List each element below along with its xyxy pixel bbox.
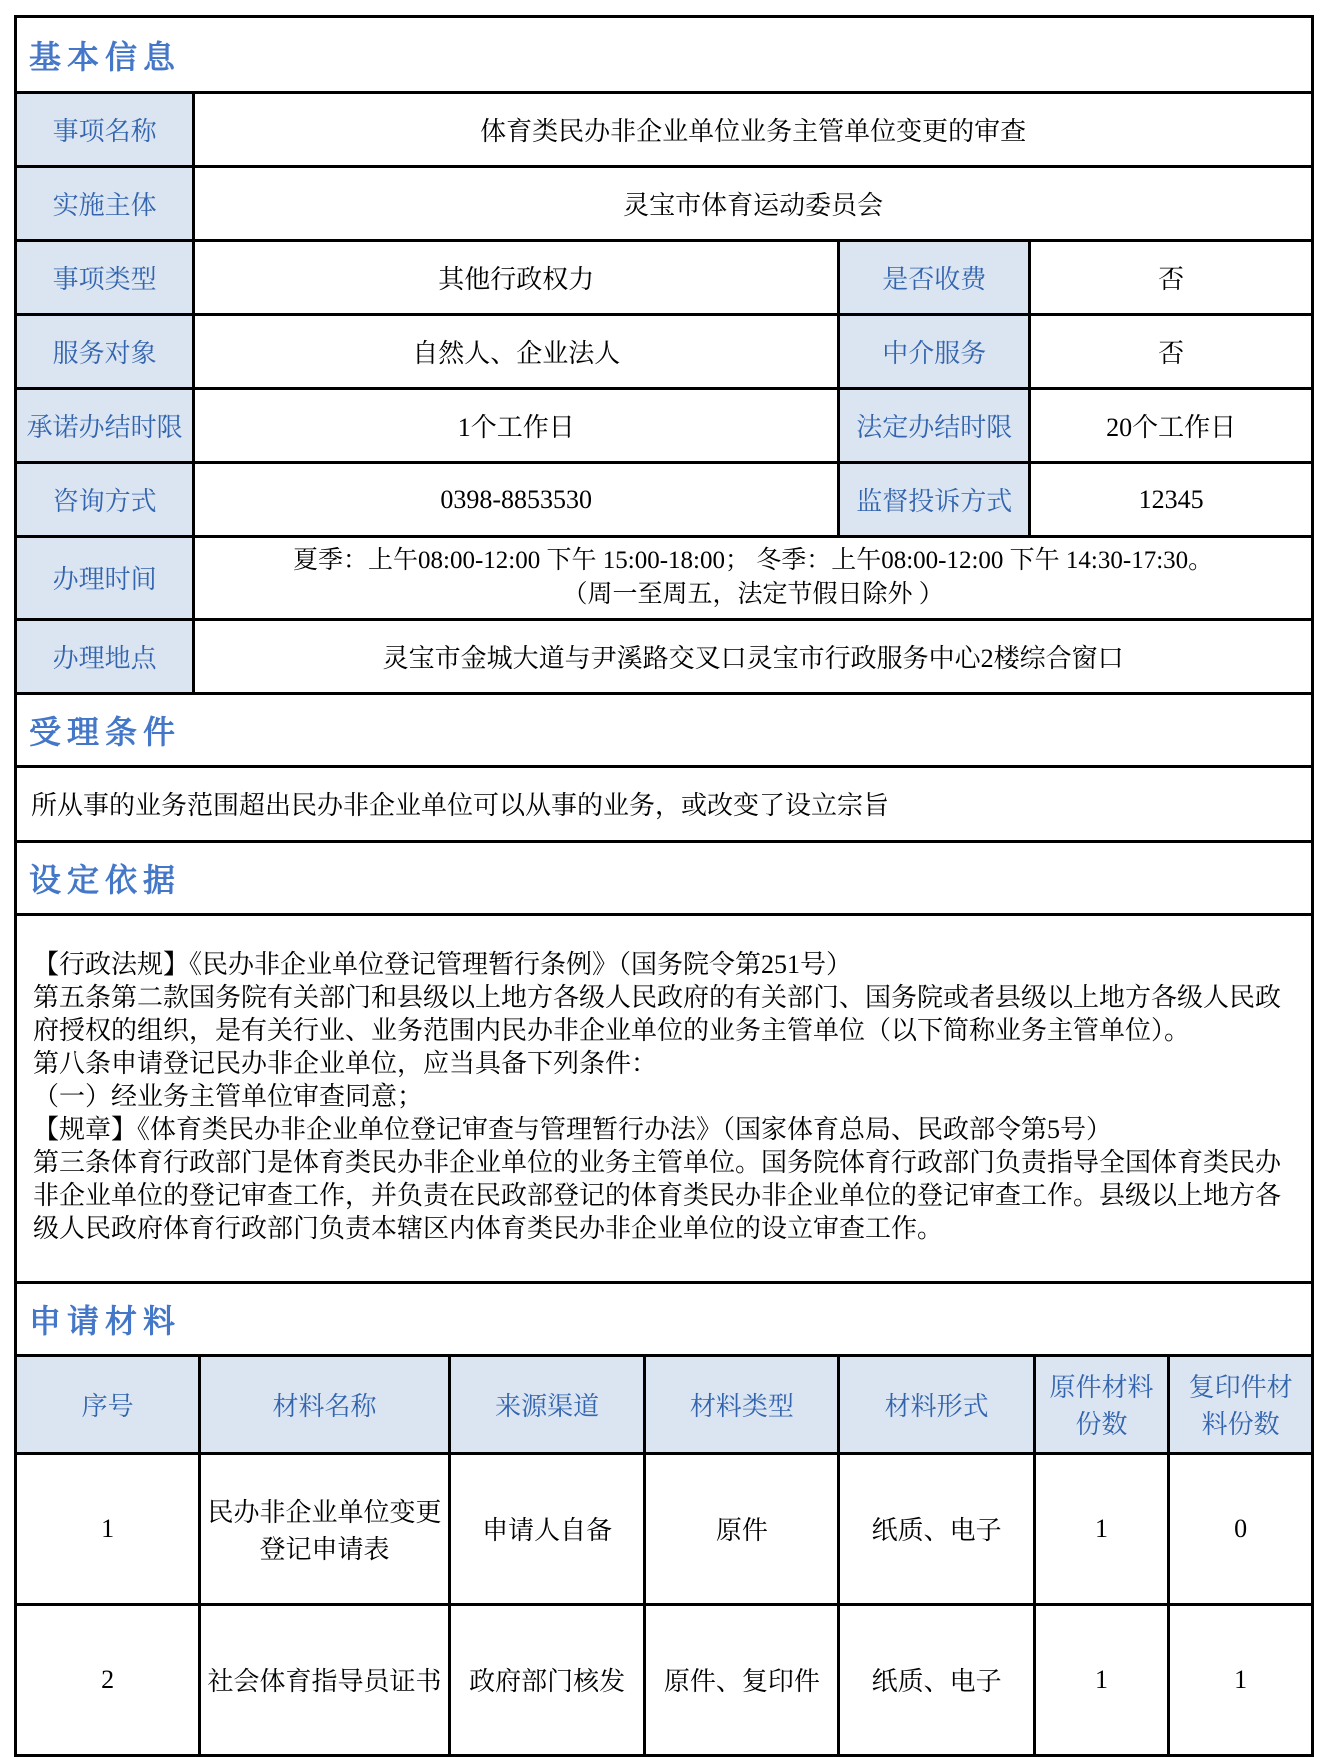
- legal-paragraph: 【规章】《体育类民办非企业单位登记审查与管理暂行办法》（国家体育总局、民政部令第…: [33, 1113, 1295, 1146]
- materials-header-seq: 序号: [17, 1357, 198, 1452]
- table-row-contact: 咨询方式 0398-8853530 监督投诉方式 12345: [17, 461, 1311, 535]
- consultation-method-value: 0398-8853530: [192, 464, 837, 535]
- section-title-materials: 申请材料: [29, 1296, 181, 1342]
- material-source: 政府部门核发: [448, 1606, 643, 1754]
- acceptance-condition-text: 所从事的业务范围超出民办非企业单位可以从事的业务，或改变了设立宗旨: [17, 765, 1311, 840]
- section-acceptance-band: 受理条件: [17, 692, 1311, 765]
- item-name-value: 体育类民办非企业单位业务主管单位变更的审查: [192, 94, 1311, 165]
- material-seq: 1: [17, 1455, 198, 1603]
- section-legal-basis-band: 设定依据: [17, 840, 1311, 913]
- materials-header-row: 序号 材料名称 来源渠道 材料类型 材料形式 原件材料份数 复印件材料份数: [17, 1354, 1311, 1452]
- material-seq: 2: [17, 1606, 198, 1754]
- office-hours-label: 办理时间: [17, 538, 192, 618]
- legal-paragraph: 【行政法规】《民办非企业单位登记管理暂行条例》（国务院令第251号）: [33, 948, 1295, 981]
- material-name: 社会体育指导员证书: [198, 1606, 448, 1754]
- service-item-document: 基本信息 事项名称 体育类民办非企业单位业务主管单位变更的审查 实施主体 灵宝市…: [0, 0, 1328, 1752]
- legal-paragraph: （一）经业务主管单位审查同意；: [33, 1080, 1295, 1113]
- fee-required-label: 是否收费: [837, 242, 1028, 313]
- material-type: 原件、复印件: [643, 1606, 837, 1754]
- promised-time-limit-value: 1个工作日: [192, 390, 837, 461]
- table-row-implementing-body: 实施主体 灵宝市体育运动委员会: [17, 165, 1311, 239]
- item-name-label: 事项名称: [17, 94, 192, 165]
- material-photocopy-copies: 1: [1167, 1606, 1311, 1754]
- table-row-office-location: 办理地点 灵宝市金城大道与尹溪路交叉口灵宝市行政服务中心2楼综合窗口: [17, 618, 1311, 692]
- complaint-method-label: 监督投诉方式: [837, 464, 1028, 535]
- materials-row-2: 2 社会体育指导员证书 政府部门核发 原件、复印件 纸质、电子 1 1: [17, 1603, 1311, 1754]
- material-form: 纸质、电子: [837, 1606, 1032, 1754]
- materials-header-name: 材料名称: [198, 1357, 448, 1452]
- materials-row-1: 1 民办非企业单位变更登记申请表 申请人自备 原件 纸质、电子 1 0: [17, 1452, 1311, 1603]
- materials-header-original-copies: 原件材料份数: [1033, 1357, 1168, 1452]
- materials-header-form: 材料形式: [837, 1357, 1032, 1452]
- intermediary-service-value: 否: [1028, 316, 1311, 387]
- promised-time-limit-label: 承诺办结时限: [17, 390, 192, 461]
- materials-header-photocopy-copies: 复印件材料份数: [1167, 1357, 1311, 1452]
- material-original-copies: 1: [1033, 1606, 1168, 1754]
- document-frame: 基本信息 事项名称 体育类民办非企业单位业务主管单位变更的审查 实施主体 灵宝市…: [14, 15, 1314, 1757]
- table-row-item-name: 事项名称 体育类民办非企业单位业务主管单位变更的审查: [17, 91, 1311, 165]
- service-target-label: 服务对象: [17, 316, 192, 387]
- material-name: 民办非企业单位变更登记申请表: [198, 1455, 448, 1603]
- item-type-value: 其他行政权力: [192, 242, 837, 313]
- materials-header-source: 来源渠道: [448, 1357, 643, 1452]
- service-target-value: 自然人、企业法人: [192, 316, 837, 387]
- intermediary-service-label: 中介服务: [837, 316, 1028, 387]
- material-source: 申请人自备: [448, 1455, 643, 1603]
- legal-paragraph: 第三条体育行政部门是体育类民办非企业单位的业务主管单位。国务院体育行政部门负责指…: [33, 1146, 1295, 1245]
- legal-time-limit-value: 20个工作日: [1028, 390, 1311, 461]
- material-original-copies: 1: [1033, 1455, 1168, 1603]
- office-location-value: 灵宝市金城大道与尹溪路交叉口灵宝市行政服务中心2楼综合窗口: [192, 621, 1311, 692]
- office-location-label: 办理地点: [17, 621, 192, 692]
- legal-time-limit-label: 法定办结时限: [837, 390, 1028, 461]
- material-form: 纸质、电子: [837, 1455, 1032, 1603]
- section-basic-info-band: 基本信息: [17, 18, 1311, 91]
- legal-paragraph: 第五条第二款国务院有关部门和县级以上地方各级人民政府的有关部门、国务院或者县级以…: [33, 981, 1295, 1047]
- table-row-service-target: 服务对象 自然人、企业法人 中介服务 否: [17, 313, 1311, 387]
- table-row-office-hours: 办理时间 夏季：上午08:00-12:00 下午 15:00-18:00； 冬季…: [17, 535, 1311, 618]
- material-type: 原件: [643, 1455, 837, 1603]
- section-title-basic-info: 基本信息: [29, 32, 181, 78]
- complaint-method-value: 12345: [1028, 464, 1311, 535]
- section-title-acceptance: 受理条件: [29, 707, 181, 753]
- legal-paragraph: 第八条申请登记民办非企业单位，应当具备下列条件：: [33, 1047, 1295, 1080]
- section-title-legal-basis: 设定依据: [29, 855, 181, 901]
- consultation-method-label: 咨询方式: [17, 464, 192, 535]
- material-photocopy-copies: 0: [1167, 1455, 1311, 1603]
- table-row-item-type: 事项类型 其他行政权力 是否收费 否: [17, 239, 1311, 313]
- materials-header-type: 材料类型: [643, 1357, 837, 1452]
- implementing-body-value: 灵宝市体育运动委员会: [192, 168, 1311, 239]
- table-row-time-limit: 承诺办结时限 1个工作日 法定办结时限 20个工作日: [17, 387, 1311, 461]
- item-type-label: 事项类型: [17, 242, 192, 313]
- fee-required-value: 否: [1028, 242, 1311, 313]
- office-hours-value: 夏季：上午08:00-12:00 下午 15:00-18:00； 冬季：上午08…: [192, 538, 1311, 618]
- implementing-body-label: 实施主体: [17, 168, 192, 239]
- section-materials-band: 申请材料: [17, 1281, 1311, 1354]
- legal-basis-text: 【行政法规】《民办非企业单位登记管理暂行条例》（国务院令第251号） 第五条第二…: [17, 913, 1311, 1281]
